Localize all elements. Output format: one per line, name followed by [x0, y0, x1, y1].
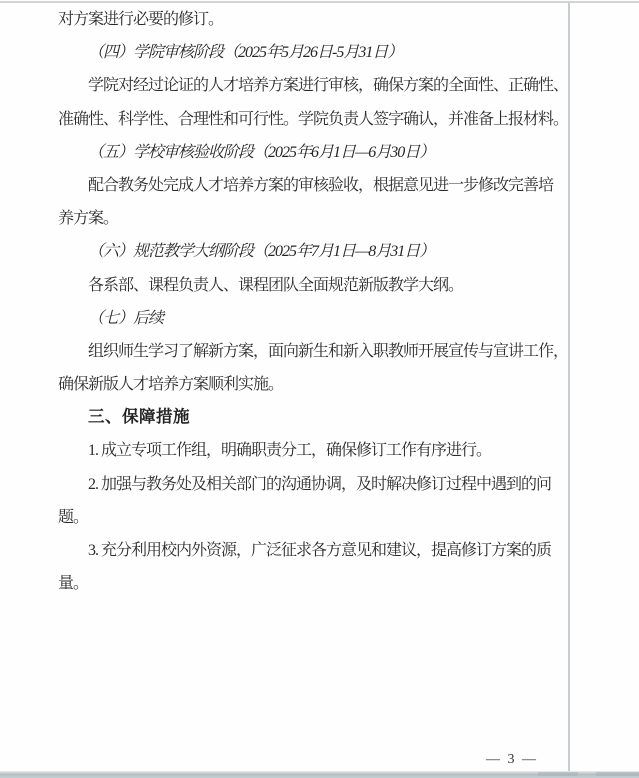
- document-line: 量。: [58, 567, 570, 600]
- document-line: 配合教务处完成人才培养方案的审核验收，根据意见进一步修改完善培: [58, 169, 570, 202]
- section-heading-5: （五）学校审核验收阶段（2025年6月1日—6月30日）: [58, 136, 570, 169]
- document-line: 确保新版人才培养方案顺利实施。: [58, 368, 570, 401]
- document-line: 题。: [58, 501, 570, 534]
- scan-artifact: [596, 772, 639, 776]
- document-line: 各系部、课程负责人、课程团队全面规范新版教学大纲。: [58, 269, 570, 302]
- document-body: 对方案进行必要的修订。 （四）学院审核阶段（2025年5月26日-5月31日） …: [58, 3, 570, 600]
- document-line: 组织师生学习了解新方案，面向新生和新入职教师开展宣传与宣讲工作，: [58, 335, 570, 368]
- section-heading-7: （七）后续: [58, 302, 570, 335]
- section-heading-6: （六）规范教学大纲阶段（2025年7月1日—8月31日）: [58, 235, 570, 268]
- scan-artifact: [538, 772, 578, 776]
- document-line: 准确性、科学性、合理性和可行性。学院负责人签字确认，并准备上报材料。: [58, 103, 570, 136]
- bottom-scan-band: [0, 771, 639, 778]
- numbered-item-1: 1. 成立专项工作组，明确职责分工，确保修订工作有序进行。: [58, 434, 570, 467]
- numbered-item-2: 2. 加强与教务处及相关部门的沟通协调，及时解决修订过程中遇到的问: [58, 468, 570, 501]
- document-line: 学院对经过论证的人才培养方案进行审核，确保方案的全面性、正确性、: [58, 69, 570, 102]
- document-line: 对方案进行必要的修订。: [58, 3, 570, 36]
- chapter-heading-3: 三、保障措施: [58, 401, 570, 434]
- numbered-item-3: 3. 充分利用校内外资源，广泛征求各方意见和建议，提高修订方案的质: [58, 534, 570, 567]
- page-number: — 3 —: [486, 752, 538, 768]
- document-line: 养方案。: [58, 202, 570, 235]
- section-heading-4: （四）学院审核阶段（2025年5月26日-5月31日）: [58, 36, 570, 69]
